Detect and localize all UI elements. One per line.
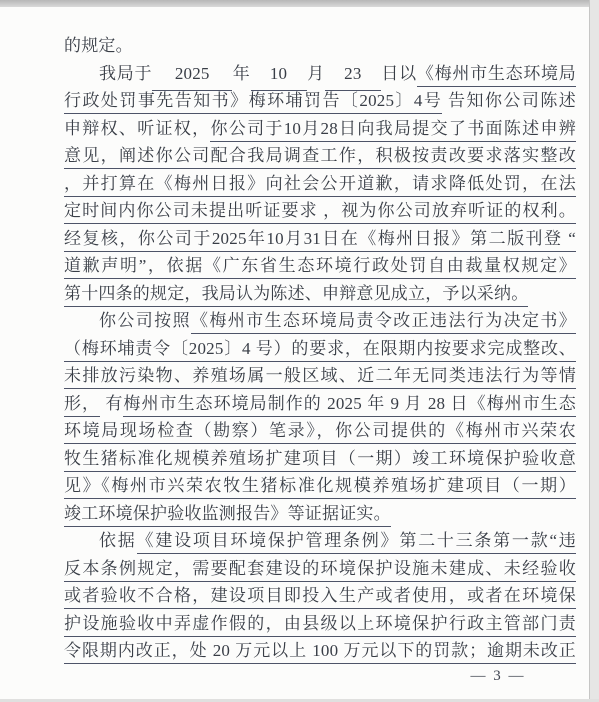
text-line: 你公司按照《梅州市生态环境局责令改正违法行为决定书》 (64, 307, 576, 335)
text-block: 的规定。我局于2025年10月23日以《梅州市生态环境局行政处罚事先告知书》梅环… (64, 32, 576, 665)
underlined-text: 反本条例规定，需要配套建设的环境保护设施未建成、未经验收 (64, 559, 576, 582)
text-line: 竣工环境保护验收监测报告》等证据证实。 (64, 500, 576, 528)
text-line: 第十四条的规定，我局认为陈述、申辩意见成立，予以采纳。 (64, 280, 576, 308)
text-line: 意见，阐述你公司配合我局调查工作，积极按责改要求落实整改 (64, 142, 576, 170)
underlined-text: 第十四条的规定，我局认为陈述、申辩意见成立，予以采纳。 (64, 284, 528, 307)
underlined-text: 形， (64, 394, 100, 417)
text-line: 的规定。 (64, 32, 576, 60)
underlined-text: 令限期内改正，处 20 万元以上 100 万元以下的罚款；逾期未改正 (64, 641, 576, 664)
text-line: 定时间内你公司未提出听证要求 ，视为你公司放弃听证的权利。 (64, 197, 576, 225)
text-line: 牧生猪标准化规模养殖场扩建项目（一期）竣工环境保护验收意 (64, 445, 576, 473)
text-line: （梅环埔责令〔2025〕4 号）的要求，在限期内按要求完成整改、 (64, 335, 576, 363)
underlined-text: 环境局现场检查（勘察）笔录》，你公司提供的《梅州市兴荣农 (64, 421, 576, 444)
underlined-text: 你公司于10月28日向我局提交了书面陈述申辨 (210, 119, 576, 142)
text-segment: 年 (232, 64, 250, 83)
text-segment: 的规定。 (64, 36, 133, 55)
text-segment: 申辩权、听证权， (64, 119, 210, 138)
scan-edge-top (0, 0, 599, 7)
text-line: 未排放污染物、养殖场属一般区域、近二年无同类违法行为等情 (64, 362, 576, 390)
text-segment: 有 (100, 394, 123, 413)
text-line: 道歉声明”，依据《广东省生态环境行政处罚自由裁量权规定》 (64, 252, 576, 280)
text-segment: 月 (307, 64, 325, 83)
text-segment: 你公司按照 (99, 311, 191, 330)
underlined-text: 牧生猪标准化规模养殖场扩建项目（一期）竣工环境保护验收意 (64, 449, 576, 472)
text-segment: 日以 (381, 64, 417, 83)
underlined-text: 梅州市生态环境局制作的 2025 年 9 月 28 日《梅州市生态 (123, 394, 576, 417)
text-line: 我局于2025年10月23日以《梅州市生态环境局 (64, 60, 576, 88)
text-line: 行政处罚事先告知书》梅环埔罚告〔2025〕4号 告知你公司陈述 (64, 87, 576, 115)
underlined-text: 《建设项目环境保护管理条例》第二十三条第一款“违 (137, 531, 576, 554)
underlined-text: 护设施验收中弄虚作假的，由县级以上环境保护行政主管部门责 (64, 614, 576, 637)
underlined-text: 竣工环境保护验收监测报告》等证据证实。 (64, 504, 391, 527)
text-line: 见》《梅州市兴荣农牧生猪标准化规模养殖场扩建项目（一期） (64, 472, 576, 500)
underlined-text: ，并打算在《梅州日报》向社会公开道歉，请求降低处罚，在法 (64, 174, 576, 197)
text-segment: 依据 (99, 531, 137, 550)
underlined-text: 意见，阐述你公司配合我局调查工作，积极按责改要求落实整改 (64, 146, 576, 169)
underlined-text: 或者验收不合格，建设项目即投入生产或者使用，或者在环境保 (64, 586, 576, 609)
text-line: 护设施验收中弄虚作假的，由县级以上环境保护行政主管部门责 (64, 610, 576, 638)
scanned-document-page: 的规定。我局于2025年10月23日以《梅州市生态环境局行政处罚事先告知书》梅环… (0, 0, 599, 702)
underlined-text: 见》《梅州市兴荣农牧生猪标准化规模养殖场扩建项目（一期） (64, 476, 576, 499)
underlined-text: （梅环埔责令〔2025〕4 号）的要求，在限期内按要求完成整改、 (64, 339, 576, 362)
underlined-text: 《梅州市生态环境局 (417, 64, 576, 87)
text-line: 依据《建设项目环境保护管理条例》第二十三条第一款“违 (64, 527, 576, 555)
underlined-text: 《梅州市生态环境局责令改正违法行为决定书》 (191, 311, 576, 334)
text-line: 或者验收不合格，建设项目即投入生产或者使用，或者在环境保 (64, 582, 576, 610)
text-line: 环境局现场检查（勘察）笔录》，你公司提供的《梅州市兴荣农 (64, 417, 576, 445)
text-line: 申辩权、听证权，你公司于10月28日向我局提交了书面陈述申辨 (64, 115, 576, 143)
text-line: 令限期内改正，处 20 万元以上 100 万元以下的罚款；逾期未改正 (64, 637, 576, 665)
text-line: ，并打算在《梅州日报》向社会公开道歉，请求降低处罚，在法 (64, 170, 576, 198)
underlined-text: 经复核，你公司于2025年10月31日在《梅州日报》第二版刊登 “ (64, 229, 576, 252)
underlined-text: 定时间内你公司未提出听证要求 ，视为你公司放弃听证的权利。 (64, 201, 576, 224)
page-number: — 3 — (468, 668, 528, 685)
underlined-text: 道歉声明”，依据《广东省生态环境行政处罚自由裁量权规定》 (64, 256, 576, 279)
scan-edge-right (589, 0, 599, 702)
text-segment: 我局于 (99, 64, 152, 83)
text-line: 反本条例规定，需要配套建设的环境保护设施未建成、未经验收 (64, 555, 576, 583)
text-line: 形， 有梅州市生态环境局制作的 2025 年 9 月 28 日《梅州市生态 (64, 390, 576, 418)
underlined-text: 未排放污染物、养殖场属一般区域、近二年无同类违法行为等情 (64, 366, 576, 389)
text-line: 经复核，你公司于2025年10月31日在《梅州日报》第二版刊登 “ (64, 225, 576, 253)
text-segment: 告知你公司陈述 (442, 91, 576, 110)
underlined-text: 行政处罚事先告知书》梅环埔罚告〔2025〕4号 (64, 91, 442, 114)
